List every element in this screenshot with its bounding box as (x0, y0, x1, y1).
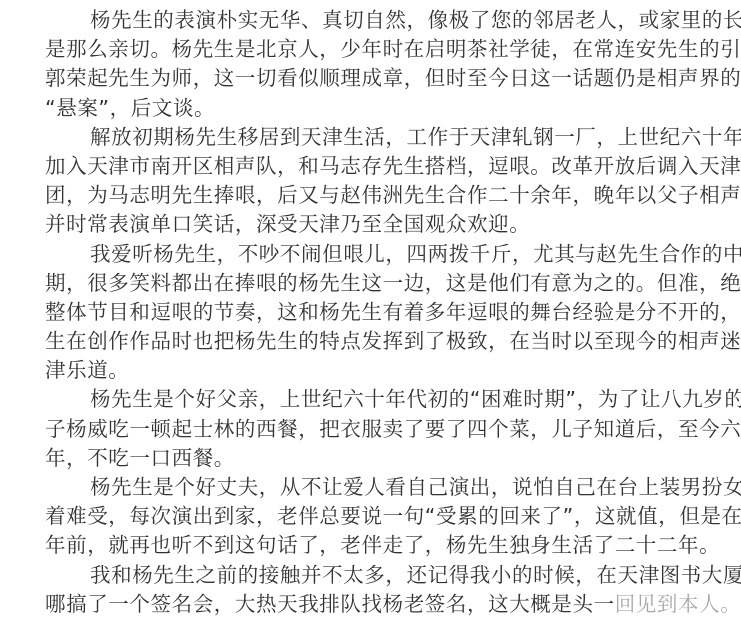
text-line: 年前，就再也听不到这句话了，老伴走了，杨先生独身生活了二十二年。 (45, 531, 735, 560)
text-line: 杨先生是个好父亲，上世纪六十年代初的“困难时期”，为了让八九岁的大儿 (45, 385, 735, 414)
text-line: 年，不吃一口西餐。 (45, 444, 735, 473)
text-line: 杨先生是个好丈夫，从不让爱人看自己演出，说怕自己在台上装男扮女她看 (45, 473, 735, 502)
paragraph-4: 杨先生是个好父亲，上世纪六十年代初的“困难时期”，为了让八九岁的大儿 子杨威吃一… (45, 385, 735, 473)
paragraph-1: 杨先生的表演朴实无华、真切自然，像极了您的邻居老人，或家里的长辈， 是那么亲切。… (45, 6, 735, 123)
text-line: 生在创作作品时也把杨先生的特点发挥到了极致，在当时以至现今的相声迷口中津 (45, 327, 735, 356)
text-line: “悬案”，后文谈。 (45, 94, 735, 123)
text-line: 我和杨先生之前的接触并不太多，还记得我小的时候，在天津图书大厦还是 (45, 561, 735, 590)
text-line: 团，为马志明先生捧哏，后又与赵伟洲先生合作二十余年，晚年以父子相声演出， (45, 181, 735, 210)
text-line: 着难受，每次演出到家，老伴总要说一句“受累的回来了”，这就值，但是在二十二 (45, 502, 735, 531)
paragraph-3: 我爱听杨先生，不吵不闹但哏儿，四两拨千斤，尤其与赵先生合作的中后 期，很多笑料都… (45, 240, 735, 386)
text-line: 期，很多笑料都出在捧哏的杨先生这一边，这是他们有意为之的。但准，绝不搅合 (45, 269, 735, 298)
text-line: 我爱听杨先生，不吵不闹但哏儿，四两拨千斤，尤其与赵先生合作的中后 (45, 240, 735, 269)
text-line: 津乐道。 (45, 356, 735, 385)
text-line: 加入天津市南开区相声队，和马志存先生搭档，逗哏。改革开放后调入天津市曲艺 (45, 152, 735, 181)
watermark-overlapped-text: 回见到本人。 (615, 592, 741, 616)
text-line: 哪搞了一个签名会，大热天我排队找杨老签名，这大概是头一回见到本人。 (45, 590, 735, 619)
paragraph-5: 杨先生是个好丈夫，从不让爱人看自己演出，说怕自己在台上装男扮女她看 着难受，每次… (45, 473, 735, 561)
paragraph-6: 我和杨先生之前的接触并不太多，还记得我小的时候，在天津图书大厦还是 哪搞了一个签… (45, 561, 735, 619)
text-line: 子杨威吃一顿起士林的西餐，把衣服卖了要了四个菜，儿子知道后，至今六十多 (45, 415, 735, 444)
text-line: 郭荣起先生为师，这一切看似顺理成章，但时至今日这一话题仍是相声界的一桩 (45, 64, 735, 93)
text-line: 并时常表演单口笑话，深受天津乃至全国观众欢迎。 (45, 210, 735, 239)
article-body: 杨先生的表演朴实无华、真切自然，像极了您的邻居老人，或家里的长辈， 是那么亲切。… (45, 6, 735, 619)
paragraph-2: 解放初期杨先生移居到天津生活，工作于天津轧钢一厂，上世纪六十年代初 加入天津市南… (45, 123, 735, 240)
text-line: 解放初期杨先生移居到天津生活，工作于天津轧钢一厂，上世纪六十年代初 (45, 123, 735, 152)
text-line: 杨先生的表演朴实无华、真切自然，像极了您的邻居老人，或家里的长辈， (45, 6, 735, 35)
text-segment: 哪搞了一个签名会，大热天我排队找杨老签名，这大概是头一 (45, 592, 615, 616)
text-line: 整体节目和逗哏的节奏，这和杨先生有着多年逗哏的舞台经验是分不开的，而赵先 (45, 298, 735, 327)
text-line: 是那么亲切。杨先生是北京人，少年时在启明茶社学徒，在常连安先生的引荐下拜 (45, 35, 735, 64)
